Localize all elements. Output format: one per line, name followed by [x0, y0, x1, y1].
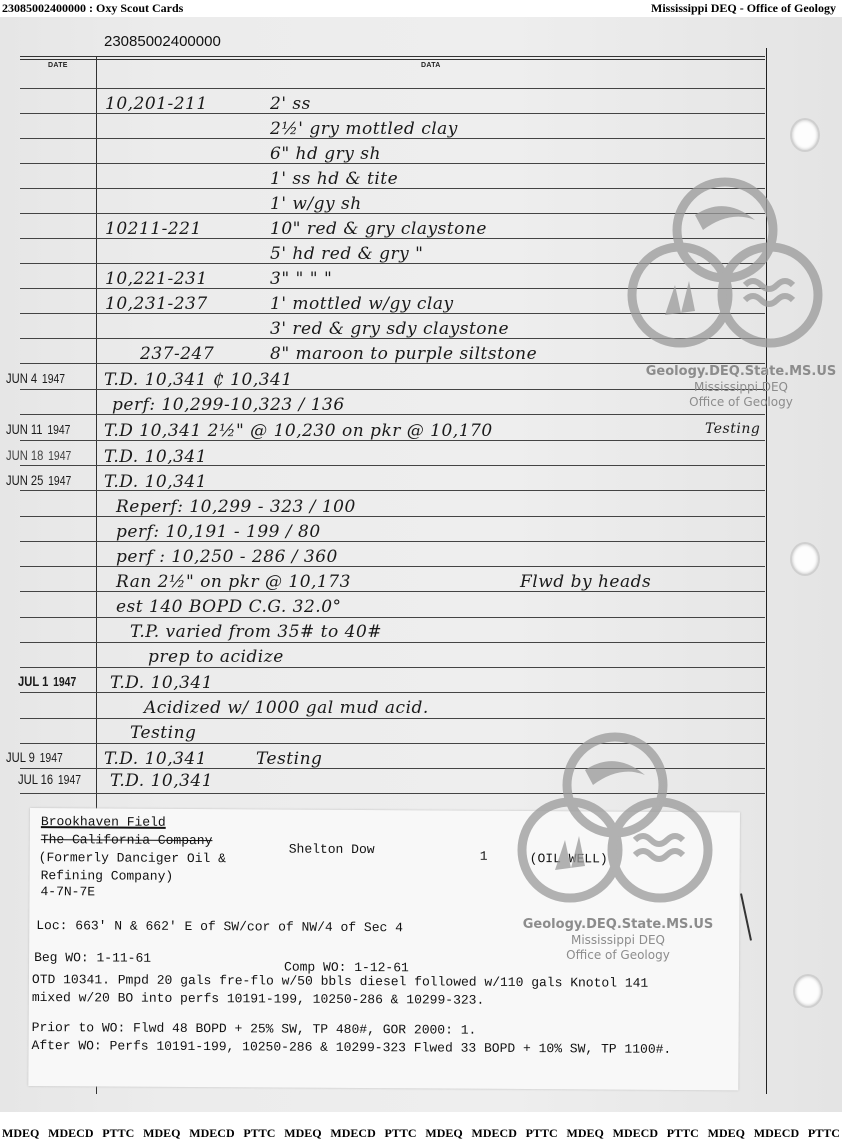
lithology-note: 2' ss	[270, 94, 311, 114]
date-stamp: JUN 41947	[6, 370, 65, 386]
lithology-note: 3" " " "	[270, 269, 332, 289]
ruled-line	[20, 213, 765, 214]
punch-hole	[792, 544, 818, 574]
date-stamp: JUL 161947	[18, 771, 81, 787]
entry-text: Ran 2½" on pkr @ 10,173	[116, 572, 351, 592]
footer-item: MDECD	[472, 1124, 517, 1143]
watermark-office: Office of Geology	[510, 948, 726, 962]
viewer-header: 23085002400000 : Oxy Scout Cards Mississ…	[0, 0, 842, 17]
ruled-line	[20, 642, 765, 643]
footer-item: MDECD	[189, 1124, 234, 1143]
column-header-data: DATA	[421, 62, 441, 69]
footer-item: MDEQ	[425, 1124, 462, 1143]
entry-text: T.D. 10,341	[104, 447, 207, 467]
ruled-line	[20, 88, 765, 89]
header-rule	[20, 59, 765, 60]
lithology-note: 1' mottled w/gy clay	[270, 294, 454, 314]
well-type: (OIL WELL)	[530, 851, 608, 866]
entry-note: Flwd by heads	[520, 572, 651, 592]
entry-text: T.P. varied from 35# to 40#	[130, 622, 382, 642]
location-code: 4-7N-7E	[40, 884, 95, 899]
depth-range: 10,221-231	[105, 269, 208, 289]
lithology-note: 3' red & gry sdy claystone	[270, 319, 509, 339]
depth-range: 10,231-237	[105, 294, 208, 314]
footer-item: MDEQ	[567, 1124, 604, 1143]
ruled-line	[20, 793, 765, 794]
depth-range: 10211-221	[105, 219, 202, 239]
location-description: Loc: 663' N & 662' E of SW/cor of NW/4 o…	[36, 918, 403, 935]
footer-item: MDEQ	[143, 1124, 180, 1143]
footer-sponsors: MDEQ MDECD PTTC MDEQ MDECD PTTC MDEQ MDE…	[0, 1124, 842, 1143]
date-stamp: JUN 111947	[6, 421, 70, 437]
lithology-note: 6" hd gry sh	[270, 144, 381, 164]
ruled-line	[20, 743, 765, 744]
footer-item: MDECD	[48, 1124, 93, 1143]
lithology-note: 1' w/gy sh	[270, 194, 362, 214]
entry-text: est 140 BOPD C.G. 32.0°	[116, 597, 342, 617]
document-title: 23085002400000 : Oxy Scout Cards	[2, 0, 183, 17]
field-name: Brookhaven Field	[41, 814, 166, 830]
entry-text: Testing	[130, 723, 196, 743]
workover-detail-line2: mixed w/20 BO into perfs 10191-199, 1025…	[32, 990, 485, 1008]
date-stamp: JUL 11947	[18, 673, 76, 689]
ruled-line	[20, 667, 765, 668]
right-margin-line	[766, 48, 767, 1094]
entry-text: perf: 10,299-10,323 / 136	[112, 395, 345, 415]
watermark-url: Geology.DEQ.State.MS.US	[633, 364, 842, 379]
entry-text: perf : 10,250 - 286 / 360	[116, 547, 338, 567]
footer-item: PTTC	[526, 1124, 558, 1143]
lithology-note: 8" maroon to purple siltstone	[270, 344, 537, 364]
punch-hole	[792, 120, 818, 150]
column-header-date: DATE	[48, 62, 68, 69]
watermark-agency: Mississippi DEQ	[633, 380, 842, 394]
entry-text: T.D 10,341 2½" @ 10,230 on pkr @ 10,170	[104, 421, 493, 441]
ruled-line	[20, 617, 765, 618]
footer-item: MDEQ	[284, 1124, 321, 1143]
after-workover: After WO: Perfs 10191-199, 10250-286 & 1…	[32, 1038, 672, 1057]
watermark-url: Geology.DEQ.State.MS.US	[510, 917, 726, 932]
footer-item: MDECD	[330, 1124, 375, 1143]
depth-range: 10,201-211	[105, 94, 208, 114]
lithology-note: 10" red & gry claystone	[270, 219, 487, 239]
footer-item: PTTC	[385, 1124, 417, 1143]
entry-text: T.D. 10,341	[110, 771, 213, 791]
punch-hole	[795, 976, 821, 1006]
former-operator-line2: Refining Company)	[41, 868, 174, 884]
ruled-line	[20, 718, 765, 719]
footer-item: PTTC	[667, 1124, 699, 1143]
prior-to-workover: Prior to WO: Flwd 48 BOPD + 25% SW, TP 4…	[32, 1020, 477, 1038]
date-stamp: JUL 91947	[6, 749, 63, 765]
footer-item: MDEQ	[708, 1124, 745, 1143]
footer-item: MDEQ	[2, 1124, 39, 1143]
ruled-line	[20, 163, 765, 164]
footer-item: PTTC	[808, 1124, 840, 1143]
date-stamp: JUN 181947	[6, 447, 71, 463]
watermark-office: Office of Geology	[633, 395, 842, 409]
operator-name: The California Company	[41, 832, 213, 848]
agency-title: Mississippi DEQ - Office of Geology	[651, 0, 836, 17]
workover-detail-line1: OTD 10341. Pmpd 20 gals fre-flo w/50 bbl…	[32, 972, 648, 991]
entry-text: Acidized w/ 1000 gal mud acid.	[144, 698, 429, 718]
depth-range: 237-247	[140, 344, 214, 364]
lithology-note: 1' ss hd & tite	[270, 169, 398, 189]
former-operator-line1: (Formerly Danciger Oil &	[39, 850, 226, 866]
footer-item: PTTC	[102, 1124, 134, 1143]
entry-text: T.D. 10,341	[104, 749, 207, 769]
entry-text: T.D. 10,341	[104, 472, 207, 492]
entry-text: Reperf: 10,299 - 323 / 100	[116, 497, 356, 517]
entry-text: T.D. 10,341	[110, 673, 213, 693]
header-rule	[20, 56, 765, 57]
watermark-agency: Mississippi DEQ	[510, 933, 726, 947]
lithology-note: 2½' gry mottled clay	[270, 119, 458, 139]
entry-text: perf: 10,191 - 199 / 80	[116, 522, 321, 542]
begin-workover-date: Beg WO: 1-11-61	[34, 950, 151, 966]
entry-text: prep to acidize	[148, 647, 284, 667]
footer-item: PTTC	[243, 1124, 275, 1143]
date-stamp: JUN 251947	[6, 472, 71, 488]
entry-note: Testing	[705, 421, 760, 437]
entry-text: T.D. 10,341 ₵ 10,341	[104, 370, 293, 390]
footer-item: MDECD	[754, 1124, 799, 1143]
footer-item: MDECD	[613, 1124, 658, 1143]
card-api-number: 23085002400000	[104, 33, 221, 50]
well-number: 1	[480, 849, 488, 864]
lease-name: Shelton Dow	[289, 842, 375, 858]
lithology-note: 5' hd red & gry "	[270, 244, 423, 264]
entry-note: Testing	[256, 749, 322, 769]
